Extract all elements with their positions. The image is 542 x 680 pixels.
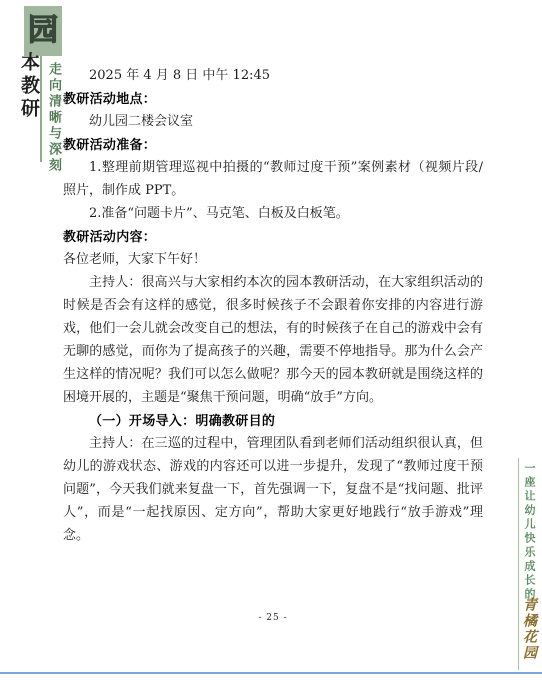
preparation-item-2: 2.准备“问题卡片”、马克笔、白板及白板笔。 — [63, 202, 483, 225]
section-label-location: 教研活动地点： — [63, 87, 483, 110]
left-vertical-divider — [40, 56, 42, 162]
document-body: 2025 年 4 月 8 日 中午 12:45 教研活动地点： 幼儿园二楼会议室… — [63, 64, 483, 547]
greeting-line: 各位老师，大家下午好！ — [63, 248, 483, 271]
window-bottom-border — [0, 672, 542, 674]
page-number: - 25 - — [63, 613, 483, 623]
document-page: 园 本教研 走向清晰与深刻 一座让幼儿快乐成长的 青橘花园 2025 年 4 月… — [0, 0, 542, 680]
preparation-item-1: 1.整理前期管理巡视中拍摄的“教师过度干预”案例素材（视频片段/照片，制作成 P… — [63, 156, 483, 202]
host-paragraph-purpose: 主持人：在三巡的过程中，管理团队看到老师们活动组织很认真，但幼儿的游戏状态、游戏… — [63, 432, 483, 547]
series-logo-character: 园 — [28, 16, 58, 46]
meeting-datetime: 2025 年 4 月 8 日 中午 12:45 — [63, 64, 483, 87]
section-label-preparation: 教研活动准备： — [63, 133, 483, 156]
series-logo-box: 园 — [24, 6, 62, 56]
host-paragraph-intro: 主持人：很高兴与大家相约本次的园本教研活动，在大家组织活动的时候是否会有这样的感… — [63, 271, 483, 409]
garden-motto-vertical: 一座让幼儿快乐成长的 — [521, 462, 537, 602]
section-label-content: 教研活动内容： — [63, 225, 483, 248]
garden-name-vertical: 青橘花园 — [519, 597, 539, 661]
subsection-heading-opening: （一）开场导入：明确教研目的 — [63, 409, 483, 432]
meeting-location: 幼儿园二楼会议室 — [63, 110, 483, 133]
series-slogan-vertical: 走向清晰与深刻 — [44, 62, 63, 174]
series-title-vertical: 本教研 — [16, 52, 43, 121]
